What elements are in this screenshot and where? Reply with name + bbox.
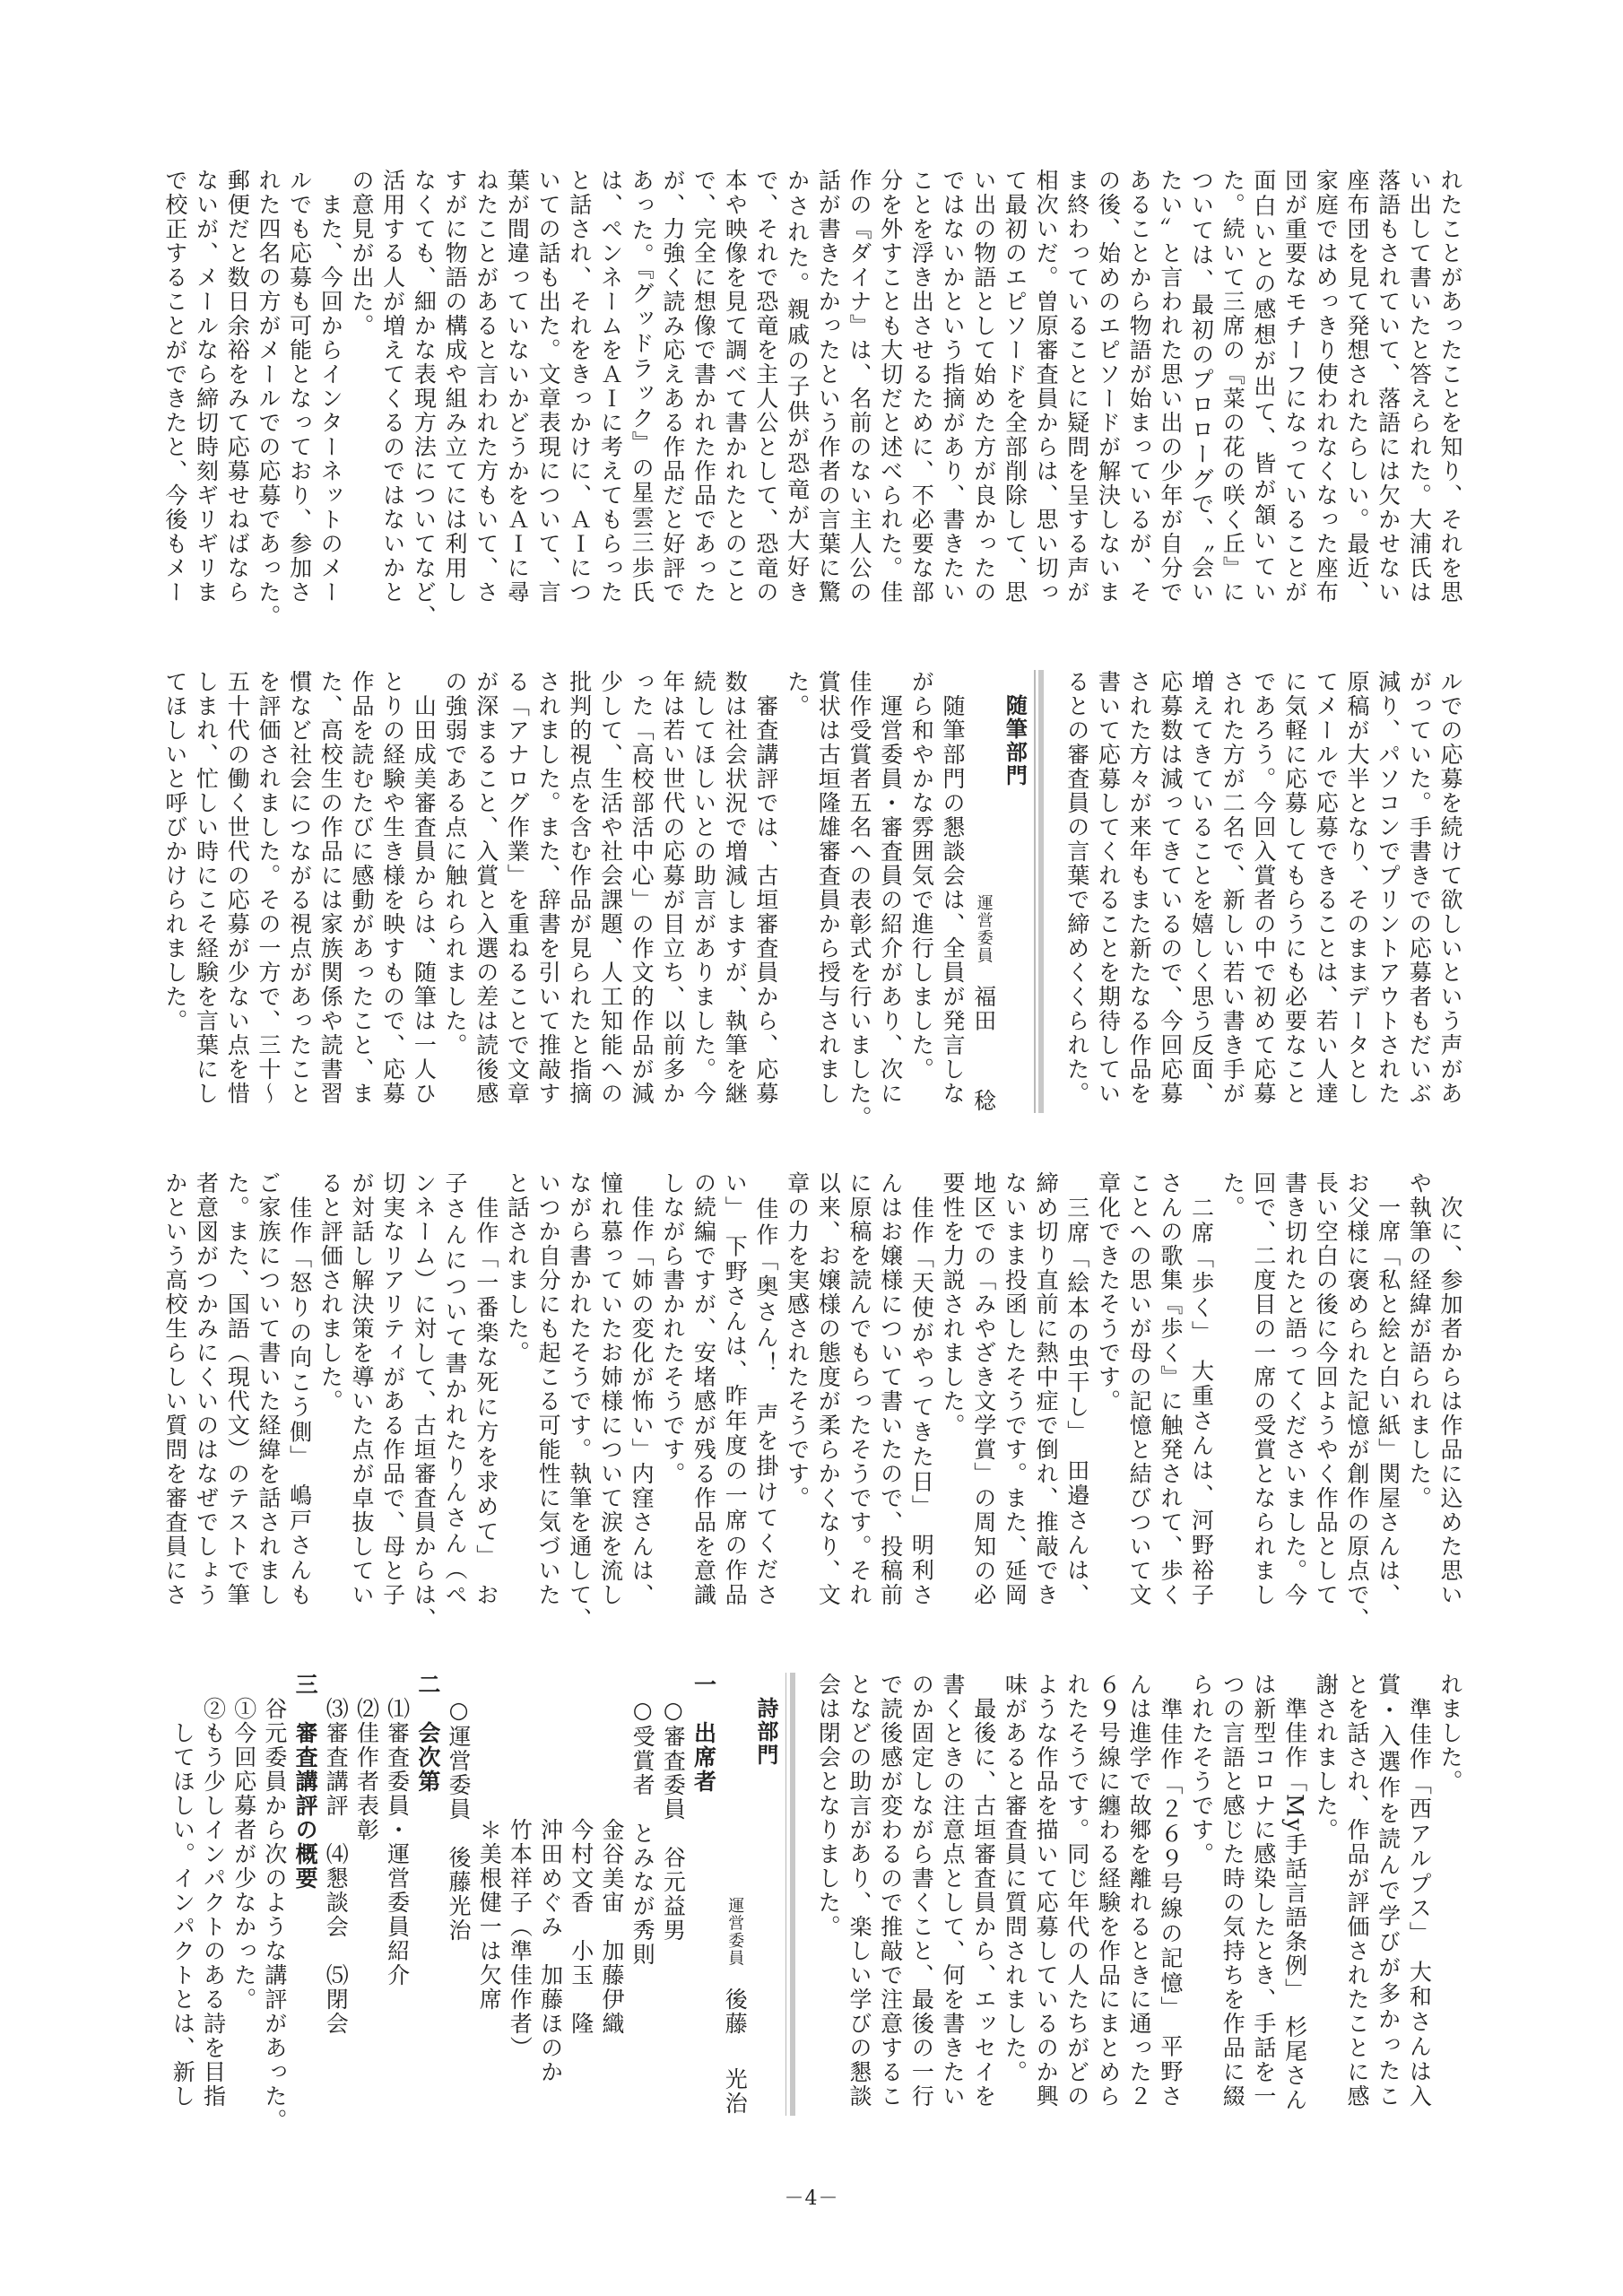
text-column: は新型コロナに感染したとき、手話を一 xyxy=(1247,1673,1279,2109)
outline-heading: 一出席者 xyxy=(688,1673,718,2109)
text-column: い」 下野さんは、昨年度の一席の作品 xyxy=(719,1171,751,1607)
paragraph: 佳作「姉の変化が怖い」内窪さんは、憧れ慕っていたお姉様について涙を流しながら書か… xyxy=(501,1171,656,1607)
text-column: の意見が出た。 xyxy=(345,169,377,604)
text-column: ま終わっていることに疑問を呈する声が xyxy=(1061,169,1092,604)
text-column: 書いて応募してくれることを期待してい xyxy=(1092,670,1124,1106)
byline-given-name: 稔 xyxy=(968,1089,999,1113)
text-column: 準佳作「西アルプス」 大和さんは入 xyxy=(1403,1673,1435,2109)
paragraph: 山田成美審査員からは、随筆は一人ひとりの経験や生き様を映すもので、応募作品を読む… xyxy=(159,670,438,1106)
text-column: あった。『グッドラック』の星雲三歩氏 xyxy=(625,169,656,604)
paragraph: 一席「私と絵と白い紙」関屋さんは、お父様に褒められた記憶が創作の原点で、長い空白… xyxy=(1217,1171,1403,1607)
text-column: であろう。今回入賞者の中で初めて応募 xyxy=(1247,670,1279,1106)
paragraph: 運営委員・審査員の紹介があり、次に佳作受賞者五名への表彰式を行いました。賞状は古… xyxy=(781,670,906,1106)
text-column: 随筆部門の懇談会は、全員が発言しな xyxy=(936,670,968,1106)
text-column: 慣など社会につながる視点があったこと xyxy=(283,670,315,1106)
text-column: の後、始めのエピソードが解決しないま xyxy=(1092,169,1124,604)
text-column: 山田成美審査員からは、随筆は一人ひ xyxy=(408,670,439,1106)
text-column: された方々が来年もまた新たなる作品を xyxy=(1123,670,1154,1106)
outline-entry: ⑴審査委員・運営委員紹介 xyxy=(381,1673,412,2109)
text-column: がっていた。手書きでの応募者もだいぶ xyxy=(1403,670,1435,1106)
text-column: 謝されました。 xyxy=(1310,1673,1341,2109)
text-column: ながら書かれたそうです。執筆を通して、 xyxy=(563,1171,595,1607)
text-column: 佳作「怒りの向こう側」 嶋戸さんも xyxy=(283,1171,315,1607)
text-column: んは進学で故郷を離れるときに通った２ xyxy=(1123,1673,1154,2109)
outline-heading-number: 二 xyxy=(415,1673,441,1697)
text-column: 佳作「一番楽な死に方を求めて」 お xyxy=(470,1171,501,1607)
text-column: 運営委員・審査員の紹介があり、次に xyxy=(874,670,906,1106)
text-column: 審査講評では、古垣審査員から、応募 xyxy=(750,670,781,1106)
prose-block: 次に、参加者からは作品に込めた思いや執筆の経緯が語られました。 一席「私と絵と白… xyxy=(159,1171,1465,1607)
text-column: つの言語と感じた時の気持ちを作品に綴 xyxy=(1217,1673,1248,2109)
byline-role: 運営委員 xyxy=(968,894,999,964)
outline-entry: ○受賞者 とみなが秀則 xyxy=(627,1673,657,2109)
outline-entry: ○運営委員 後藤光治 xyxy=(443,1673,473,2109)
text-column: 批判的視点を含む作品が見られたと指摘 xyxy=(563,670,595,1106)
paragraph: 二席「歩く」 大重さんは、河野裕子さんの歌集『歩く』に触発されて、歩くことへの思… xyxy=(1092,1171,1217,1607)
text-column: 味があると審査員に質問されました。 xyxy=(999,1673,1030,2109)
text-column: 分を外すことも大切だと述べられた。佳 xyxy=(874,169,906,604)
text-column: る「アナログ作業」を重ねることで文章 xyxy=(501,670,533,1106)
outline-entry: 谷元委員から次のような講評があった。 xyxy=(259,1673,290,2109)
outline-entry: ＊美根健一は欠席 xyxy=(473,1673,504,2109)
text-column: お父様に褒められた記憶が創作の原点で、 xyxy=(1341,1171,1372,1607)
paragraph: 佳作「怒りの向こう側」 嶋戸さんもご家族について書いた経緯を話されました。また、… xyxy=(159,1171,314,1607)
paragraph: また、今回からインターネットのメールでも応募も可能となっており、参加された四名の… xyxy=(159,169,345,604)
text-column: 書き切れたと語ってくださいました。今 xyxy=(1279,1171,1310,1607)
text-column: た。また、国語（現代文）のテストで筆 xyxy=(221,1171,253,1607)
text-column: 座布団を見て発想されたらしい。最近、 xyxy=(1341,169,1372,604)
text-column: ６９号線に纏わる経験を作品にまとめら xyxy=(1092,1673,1124,2109)
text-column: しながら書かれたそうです。 xyxy=(656,1171,688,1607)
text-column: 賞・入選作を読んで学びが多かったこ xyxy=(1372,1673,1403,2109)
text-column: で、それで恐竜を主人公として、恐竜の xyxy=(750,169,781,604)
outline-entry: 今村文香 小玉 隆 xyxy=(566,1673,596,2109)
text-column: たい〟と言われた思い出の少年が自分で xyxy=(1154,169,1185,604)
text-column: られたそうです。 xyxy=(1185,1673,1217,2109)
text-column: ないまま投函したそうです。また、延岡 xyxy=(999,1171,1030,1607)
text-column: 準佳作「My手話言語条例」 杉尾さん xyxy=(1279,1673,1310,2109)
text-column: 地区での「みやざき文学賞」の周知の必 xyxy=(968,1171,999,1607)
text-column: 落語もされていて、落語には欠かせない xyxy=(1372,169,1403,604)
text-column: ねたことがあると言われた方もいて、さ xyxy=(470,169,501,604)
text-column: さんの歌集『歩く』に触発されて、歩く xyxy=(1154,1171,1185,1607)
paragraph: 三席「絵本の虫干し」 田邉さんは、締め切り直前に熱中症で倒れ、推敲できないまま投… xyxy=(936,1171,1091,1607)
text-column: 減り、パソコンでプリントアウトされた xyxy=(1372,670,1403,1106)
paragraph: 随筆部門の懇談会は、全員が発言しながら和やかな雰囲気で進行しました。 xyxy=(906,670,968,1106)
text-column: 家庭ではめっきり使われなくなった座布 xyxy=(1310,169,1341,604)
text-column: 作の『ダイナ』は、名前のない主人公の xyxy=(843,169,874,604)
section-heading: 随筆部門 xyxy=(999,670,1030,1106)
text-column: ルでの応募を続けて欲しいという声があ xyxy=(1434,670,1465,1106)
text-column: 五十代の働く世代の応募が少ない点を惜 xyxy=(221,670,253,1106)
text-column: 少して、生活や社会課題、人工知能への xyxy=(595,670,626,1106)
text-column: 本や映像を見て調べて書かれたとのこと xyxy=(719,169,751,604)
text-column: また、今回からインターネットのメー xyxy=(315,169,346,604)
text-column: のか固定しながら書くこと、最後の一行 xyxy=(906,1673,937,2109)
text-column: 長い空白の後に今回ようやく作品として xyxy=(1310,1171,1341,1607)
byline-family-name: 後藤 xyxy=(719,1987,751,2036)
text-column: た。続いて三席の『菜の花の咲く丘』に xyxy=(1217,169,1248,604)
text-column: 締め切り直前に熱中症で倒れ、推敲でき xyxy=(1029,1171,1061,1607)
text-column: ことを浮き出させるために、不必要な部 xyxy=(906,169,937,604)
text-band-4: れました。 準佳作「西アルプス」 大和さんは入賞・入選作を読んで学びが多かったこ… xyxy=(158,1673,1465,2109)
text-column: に原稿を読んでもらったそうです。それ xyxy=(843,1171,874,1607)
text-column: い出して書いたと答えられた。大浦氏は xyxy=(1403,169,1435,604)
text-column: 佳作「奥さん！ 声を掛けてくださ xyxy=(750,1171,781,1607)
text-column: ことへの思いが母の記憶と結びついて文 xyxy=(1123,1171,1154,1607)
prose-block: れました。 準佳作「西アルプス」 大和さんは入賞・入選作を読んで学びが多かったこ… xyxy=(812,1673,1465,2109)
text-column: ンネーム）に対して、古垣審査員からは、 xyxy=(408,1171,439,1607)
text-column: てほしいと呼びかけられました。 xyxy=(159,670,190,1106)
text-column: 話が書きたかったという作者の言葉に驚 xyxy=(812,169,844,604)
byline: 運営委員福田稔 xyxy=(968,670,999,1109)
text-column: 増えてきていることを嬉しく思う反面、 xyxy=(1185,670,1217,1106)
text-column: された方が二名で、新しい若い書き手が xyxy=(1217,670,1248,1106)
text-band-1: れたことがあったことを知り、それを思い出して書いたと答えられた。大浦氏は落語もさ… xyxy=(158,169,1465,604)
text-column: 作品を読むたびに感動があったこと、ま xyxy=(345,670,377,1106)
text-column: は、ペンネームをＡＩに考えてもらった xyxy=(595,169,626,604)
byline: 運営委員後藤光治 xyxy=(719,1673,751,2112)
text-column: れました。 xyxy=(1434,1673,1465,2109)
text-column: ではないかという指摘があり、書きたい xyxy=(936,169,968,604)
paragraph: 準佳作「My手話言語条例」 杉尾さんは新型コロナに感染したとき、手話を一つの言語… xyxy=(1185,1673,1310,2109)
text-column: ルでも応募も可能となっており、参加さ xyxy=(283,169,315,604)
paragraph: れました。 xyxy=(1434,1673,1465,2109)
text-column: 要性を力説されました。 xyxy=(936,1171,968,1607)
paragraph: 佳作「奥さん！ 声を掛けてください」 下野さんは、昨年度の一席の作品の続編ですが… xyxy=(656,1171,781,1607)
text-column: た、高校生の作品には家族関係や読書習 xyxy=(315,670,346,1106)
text-column: るとの審査員の言葉で締めくくられた。 xyxy=(1061,670,1092,1106)
text-band-2: ルでの応募を続けて欲しいという声があがっていた。手書きでの応募者もだいぶ減り、パ… xyxy=(158,670,1465,1106)
text-column: 郵便だと数日余裕をみて応募せねばなら xyxy=(221,169,253,604)
text-column: 以来、お嬢様の態度が柔らかくなり、文 xyxy=(812,1171,844,1607)
text-column: 切実なリアリティがある作品で、母と子 xyxy=(377,1171,408,1607)
text-column: を評価されました。その一方で、三十～ xyxy=(252,670,283,1106)
text-column: 者意図がつかみにくいのはなぜでしょう xyxy=(190,1171,221,1607)
section-heading: 詩部門 xyxy=(750,1673,781,2109)
text-column: かという高校生らしい質問を審査員にさ xyxy=(159,1171,190,1607)
outline-entry: ⑵佳作者表彰 xyxy=(351,1673,381,2109)
text-column: に気軽に応募してもらうにも必要なこと xyxy=(1279,670,1310,1106)
paragraph: ルでの応募を続けて欲しいという声があがっていた。手書きでの応募者もだいぶ減り、パ… xyxy=(1061,670,1465,1106)
paragraph: 準佳作「２６９号線の記憶」 平野さんは進学で故郷を離れるときに通った２６９号線に… xyxy=(999,1673,1185,2109)
text-band-3: 次に、参加者からは作品に込めた思いや執筆の経緯が語られました。 一席「私と絵と白… xyxy=(158,1171,1465,1607)
text-column: 二席「歩く」 大重さんは、河野裕子 xyxy=(1185,1171,1217,1607)
text-column: 章化できたそうです。 xyxy=(1092,1171,1124,1607)
text-column: 続してほしいとの助言がありました。今 xyxy=(688,670,719,1106)
text-column: 章の力を実感されたそうです。 xyxy=(781,1171,812,1607)
text-column: 葉が間違っていないかどうかをＡＩに尋 xyxy=(501,169,533,604)
text-column: と話されました。 xyxy=(501,1171,533,1607)
text-column: 年は若い世代の応募が目立ち、以前多か xyxy=(656,670,688,1106)
text-column: 応募数は減ってきているので、今回応募 xyxy=(1154,670,1185,1106)
text-column: た。 xyxy=(1217,1171,1248,1607)
text-column: ついては、最初のプロローグで、〝会い xyxy=(1185,169,1217,604)
text-column: てメールで応募できることは、若い人達 xyxy=(1310,670,1341,1106)
text-column: が対話し解決策を導いた点が卓抜してい xyxy=(345,1171,377,1607)
text-column: ような作品を描いて応募しているのか興 xyxy=(1029,1673,1061,2109)
page-number: －4－ xyxy=(0,2183,1623,2211)
text-column: れた四名の方がメールでの応募であった。 xyxy=(252,169,283,604)
outline-heading-text: 出席者 xyxy=(691,1721,717,1794)
text-column: 賞状は古垣隆雄審査員から授与されまし xyxy=(812,670,844,1106)
text-column: すがに物語の構成や組み立てには利用し xyxy=(438,169,470,604)
text-column: た。 xyxy=(781,670,812,1106)
text-column: 活用する人が増えてくるのではないかと xyxy=(377,169,408,604)
text-column: 会は閉会となりました。 xyxy=(812,1673,844,2109)
text-column: 相次いだ。曽原審査員からは、思い切っ xyxy=(1029,169,1061,604)
outline-entry: 金谷美宙 加藤伊織 xyxy=(596,1673,627,2109)
text-column: ると評価されました。 xyxy=(315,1171,346,1607)
text-column: なくても、細かな表現方法についてなど、 xyxy=(408,169,439,604)
outline-entry: 竹本祥子（準佳作者） xyxy=(504,1673,534,2109)
outline-entry: ②もう少しインパクトのある詩を目指 xyxy=(197,1673,228,2109)
paragraph: れたことがあったことを知り、それを思い出して書いたと答えられた。大浦氏は落語もさ… xyxy=(345,169,1465,604)
paragraph: 次に、参加者からは作品に込めた思いや執筆の経緯が語られました。 xyxy=(1403,1171,1465,1607)
text-column: いつか自分にも起こる可能性に気づいた xyxy=(532,1171,563,1607)
text-column: 団が重要なモチーフになっていることが xyxy=(1279,169,1310,604)
text-column: 三席「絵本の虫干し」 田邉さんは、 xyxy=(1061,1171,1092,1607)
outline-entry: ①今回応募者が少なかった。 xyxy=(229,1673,259,2109)
outline-heading-number: 一 xyxy=(691,1673,717,1697)
text-column: ご家族について書いた経緯を話されまし xyxy=(252,1171,283,1607)
section-divider-rule xyxy=(781,1673,812,2116)
paragraph: 最後に、古垣審査員から、エッセイを書くときの注意点として、何を書きたいのか固定し… xyxy=(812,1673,999,2109)
text-column: 最後に、古垣審査員から、エッセイを xyxy=(968,1673,999,2109)
outline-heading-number: 三 xyxy=(292,1673,318,1697)
text-column: いての話も出た。文章表現について、言 xyxy=(532,169,563,604)
prose-block: ルでの応募を続けて欲しいという声があがっていた。手書きでの応募者もだいぶ減り、パ… xyxy=(1061,670,1465,1106)
outline-heading: 三審査講評の概要 xyxy=(290,1673,320,2109)
text-column: れたそうです。同じ年代の人たちがどの xyxy=(1061,1673,1092,2109)
text-column: とを話され、作品が評価されたことに感 xyxy=(1341,1673,1372,2109)
text-column: 一席「私と絵と白い紙」関屋さんは、 xyxy=(1372,1171,1403,1607)
outline-entry: 沖田めぐみ 加藤ほのか xyxy=(534,1673,565,2109)
text-column: となどの助言があり、楽しい学びの懇談 xyxy=(843,1673,874,2109)
prose-block: れたことがあったことを知り、それを思い出して書いたと答えられた。大浦氏は落語もさ… xyxy=(159,169,1465,604)
text-column: て最初のエピソードを全部削除して、思 xyxy=(999,169,1030,604)
outline-entry: ⑶審査講評 ⑷懇談会 ⑸閉会 xyxy=(320,1673,351,2109)
text-column: しまれ、忙しい時にこそ経験を言葉にし xyxy=(190,670,221,1106)
outline-entry: ○審査委員 谷元益男 xyxy=(657,1673,688,2109)
paragraph: 佳作「一番楽な死に方を求めて」 お子さんについて書かれたりんさん（ペンネーム）に… xyxy=(315,1171,501,1607)
text-column: 次に、参加者からは作品に込めた思い xyxy=(1434,1171,1465,1607)
text-column: 子さんについて書かれたりんさん（ペ xyxy=(438,1171,470,1607)
paragraph: 審査講評では、古垣審査員から、応募数は社会状況で増減しますが、執筆を継続してほし… xyxy=(438,670,781,1106)
text-column: 佳作受賞者五名への表彰式を行いました。 xyxy=(843,670,874,1106)
byline-family-name: 福田 xyxy=(968,985,999,1033)
text-column: ないが、メールなら締切時刻ギリギリま xyxy=(190,169,221,604)
text-column: い出の物語として始めた方が良かったの xyxy=(968,169,999,604)
text-column: んはお嬢様について書いたので、投稿前 xyxy=(874,1171,906,1607)
outline-heading-text: 会次第 xyxy=(415,1721,441,1794)
text-column: で、完全に想像で書かれた作品であった xyxy=(688,169,719,604)
text-column: が、力強く読み応えある作品だと好評で xyxy=(656,169,688,604)
text-column: の強弱である点に触れられました。 xyxy=(438,670,470,1106)
text-column: 回で、二度目の一席の受賞となられまし xyxy=(1247,1171,1279,1607)
text-column: れたことがあったことを知り、それを思 xyxy=(1434,169,1465,604)
outline-heading-text: 審査講評の概要 xyxy=(292,1721,318,1891)
text-column: 数は社会状況で増減しますが、執筆を継 xyxy=(719,670,751,1106)
text-column: で校正することができたと、今後もメー xyxy=(159,169,190,604)
prose-block: 随筆部門の懇談会は、全員が発言しながら和やかな雰囲気で進行しました。 運営委員・… xyxy=(159,670,968,1106)
text-column: とりの経験や生き様を映すもので、応募 xyxy=(377,670,408,1106)
text-column: と話され、それをきっかけに、ＡＩにつ xyxy=(563,169,595,604)
text-column: 原稿が大半となり、そのままデータとし xyxy=(1341,670,1372,1106)
text-column: 佳作「天使がやってきた日」 明利さ xyxy=(906,1171,937,1607)
text-column: が深まること、入賞と入選の差は読後感 xyxy=(470,670,501,1106)
text-column: った「高校部活中心」の作文的作品が減 xyxy=(625,670,656,1106)
byline-role: 運営委員 xyxy=(719,1897,751,1967)
outline-heading: 二会次第 xyxy=(412,1673,443,2109)
text-column: がら和やかな雰囲気で進行しました。 xyxy=(906,670,937,1106)
text-column: 準佳作「２６９号線の記憶」 平野さ xyxy=(1154,1673,1185,2109)
paragraph: 佳作「天使がやってきた日」 明利さんはお嬢様について書いたので、投稿前に原稿を読… xyxy=(781,1171,936,1607)
text-column: や執筆の経緯が語られました。 xyxy=(1403,1171,1435,1607)
text-column: で読後感が変わるので推敲で注意するこ xyxy=(874,1673,906,2109)
text-column: されました。また、辞書を引いて推敲す xyxy=(532,670,563,1106)
paragraph: 準佳作「西アルプス」 大和さんは入賞・入選作を読んで学びが多かったことを話され、… xyxy=(1310,1673,1435,2109)
text-column: 佳作「姉の変化が怖い」内窪さんは、 xyxy=(625,1171,656,1607)
section-divider-rule xyxy=(1029,670,1061,1113)
text-column: かされた。親戚の子供が恐竜が大好き xyxy=(781,169,812,604)
text-column: 憧れ慕っていたお姉様について涙を流し xyxy=(595,1171,626,1607)
attendance-outline: 一出席者 ○審査委員 谷元益男 ○受賞者 とみなが秀則 金谷美宙 加藤伊織 今村… xyxy=(167,1673,718,2109)
text-column: あることから物語が始まっているが、そ xyxy=(1123,169,1154,604)
text-column: 面白いとの感想が出て、皆が頷いてい xyxy=(1247,169,1279,604)
byline-given-name: 光治 xyxy=(719,2067,751,2116)
text-column: 書くときの注意点として、何を書きたい xyxy=(936,1673,968,2109)
text-column: の続編ですが、安堵感が残る作品を意識 xyxy=(688,1171,719,1607)
outline-entry: してほしい。インパクトとは、新し xyxy=(167,1673,197,2109)
